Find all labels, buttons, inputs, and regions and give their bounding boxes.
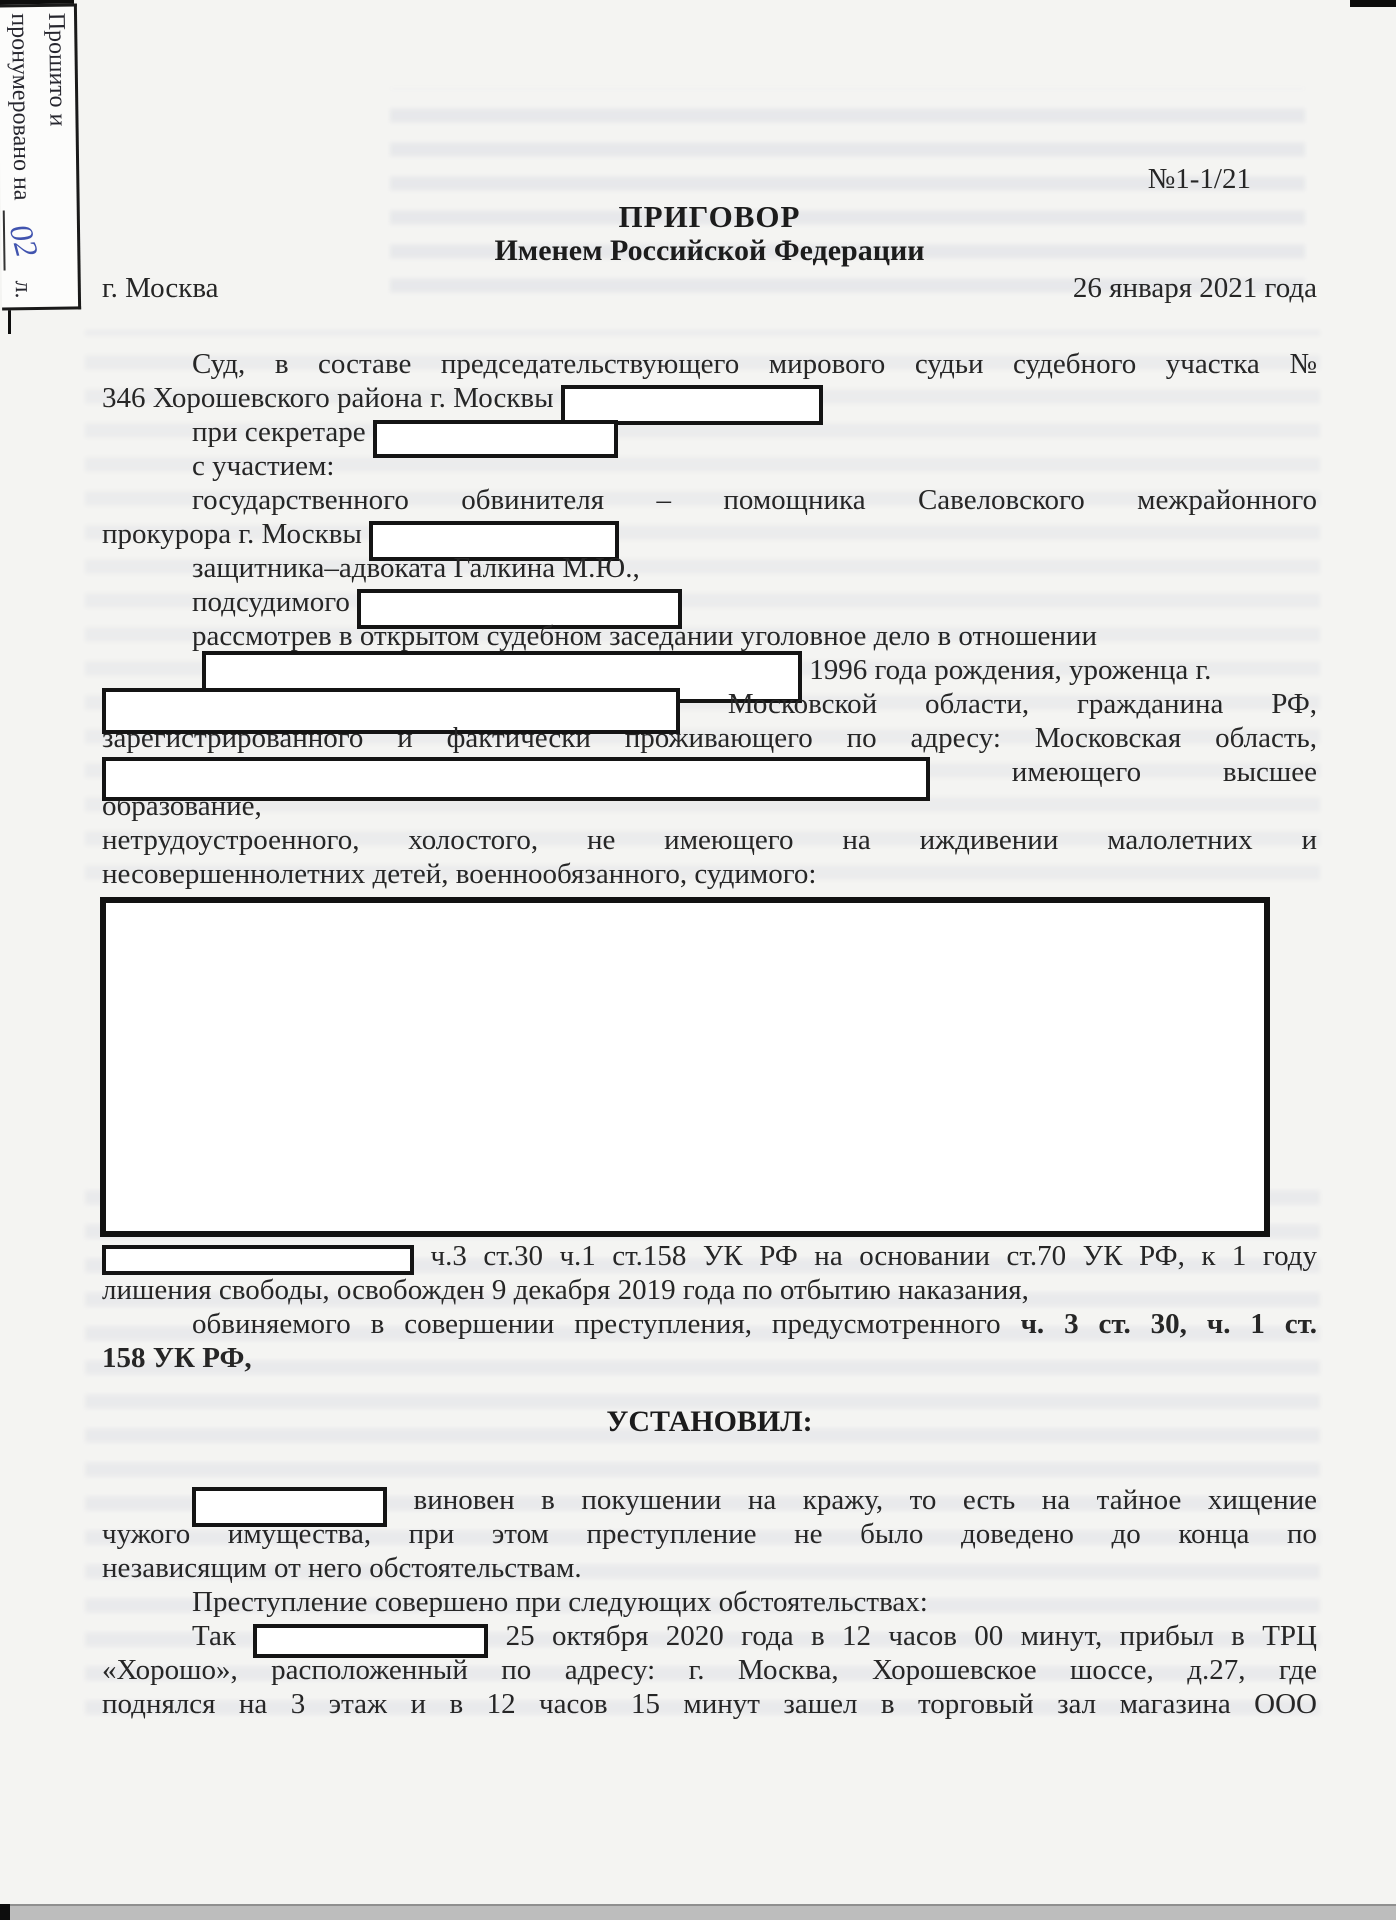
text-segment: 346 Хорошевского района г. Москвы: [102, 382, 554, 414]
text-segment: обвиняемого в совершении преступления, п…: [192, 1308, 1001, 1340]
redaction-box-address: [102, 757, 930, 801]
text-line-prosecutor: государственного обвинителя – помощника …: [102, 483, 1317, 517]
handwritten-page-count-field: 02: [3, 210, 43, 271]
scan-artifact-bottom-corner: [0, 1904, 10, 1920]
text-line-sentence: ч.3 ст.30 ч.1 ст.158 УК РФ на основании …: [102, 1239, 1317, 1273]
document-subtitle: Именем Российской Федерации: [102, 234, 1317, 268]
text-line-crime3: поднялся на 3 этаж и в 12 часов 15 минут…: [102, 1687, 1317, 1721]
text-segment: 25 октября 2020 года в 12 часов 00 минут…: [506, 1620, 1317, 1652]
text-line-region: Московской области, гражданина РФ,: [102, 687, 1317, 721]
stamp-line2: пронумеровано на 02 л.: [0, 13, 43, 314]
scan-artifact-top-right: [1350, 0, 1396, 7]
section-heading-ustanovil: УСТАНОВИЛ:: [102, 1405, 1317, 1439]
text-segment: Московской области, гражданина РФ,: [728, 688, 1317, 720]
text-line-minors: несовершеннолетних детей, военнообязанно…: [102, 857, 1317, 891]
text-segment: при секретаре: [192, 416, 366, 448]
date: 26 января 2021 года: [1073, 271, 1317, 305]
text-line-prosecutor-redacted: прокурора г. Москвы: [102, 517, 1317, 551]
stamp-line2-prefix: пронумеровано на: [6, 13, 35, 201]
stamp-line2-suffix: л.: [10, 280, 36, 298]
text-line-guilty: виновен в покушении на кражу, то есть на…: [102, 1483, 1317, 1517]
text-line-sentence2: лишения свободы, освобожден 9 декабря 20…: [102, 1273, 1317, 1307]
place: г. Москва: [102, 271, 219, 305]
redaction-box-criminal-record: [100, 897, 1270, 1237]
document-content: №1-1/21 ПРИГОВОР Именем Российской Федер…: [102, 0, 1317, 1721]
text-segment: 1996 года рождения, уроженца г.: [809, 654, 1211, 686]
text-line-secretary: при секретаре: [102, 415, 1317, 449]
text-line-crime2: «Хорошо», расположенный по адресу: г. Мо…: [102, 1653, 1317, 1687]
text-segment-bold: ч. 3 ст. 30, ч. 1 ст.: [1021, 1308, 1317, 1340]
text-line-defendant: подсудимого: [102, 585, 1317, 619]
text-line-education: имеющего высшее образование,: [102, 755, 1317, 823]
handwritten-page-count: 02: [4, 221, 44, 260]
text-segment: виновен в покушении на кражу, то есть на…: [414, 1484, 1317, 1516]
text-line-accused: обвиняемого в совершении преступления, п…: [102, 1307, 1317, 1341]
text-line-accused2: 158 УК РФ,: [102, 1341, 1317, 1375]
place-date-row: г. Москва 26 января 2021 года: [102, 271, 1317, 305]
redaction-box-conviction: [102, 1245, 414, 1275]
text-segment: прокурора г. Москвы: [102, 518, 362, 550]
stitching-stamp-text: Прошито и пронумеровано на 02 л.: [2, 13, 76, 314]
text-line-registered: зарегистрированного и фактически прожива…: [102, 721, 1317, 755]
text-line-considered: рассмотрев в открытом судебном заседании…: [102, 619, 1317, 653]
text-line-court-redacted: 346 Хорошевского района г. Москвы: [102, 381, 1317, 415]
document-title: ПРИГОВОР: [102, 200, 1317, 234]
text-line-unemployed: нетрудоустроенного, холостого, не имеюще…: [102, 823, 1317, 857]
text-segment: подсудимого: [192, 586, 350, 618]
case-number: №1-1/21: [102, 162, 1317, 196]
text-line-guilty2: чужого имущества, при этом преступление …: [102, 1517, 1317, 1551]
text-line-born: 1996 года рождения, уроженца г.: [102, 653, 1317, 687]
text-line-circumstances: Преступление совершено при следующих обс…: [102, 1585, 1317, 1619]
text-line-participation: с участием:: [102, 449, 1317, 483]
text-line-guilty3: независящим от него обстоятельствам.: [102, 1551, 1317, 1585]
text-segment: Так: [192, 1620, 236, 1652]
text-segment: ч.3 ст.30 ч.1 ст.158 УК РФ на основании …: [431, 1240, 1318, 1272]
text-line-crime: Так 25 октября 2020 года в 12 часов 00 м…: [102, 1619, 1317, 1653]
stamp-line1: Прошито и: [39, 13, 76, 313]
text-line-defender: защитника–адвоката Галкина М.Ю.,: [102, 551, 1317, 585]
stitching-stamp: Прошито и пронумеровано на 02 л.: [0, 3, 81, 310]
text-line-court: Суд, в составе председательствующего мир…: [102, 347, 1317, 381]
scan-artifact-bottom-edge: [0, 1904, 1396, 1920]
